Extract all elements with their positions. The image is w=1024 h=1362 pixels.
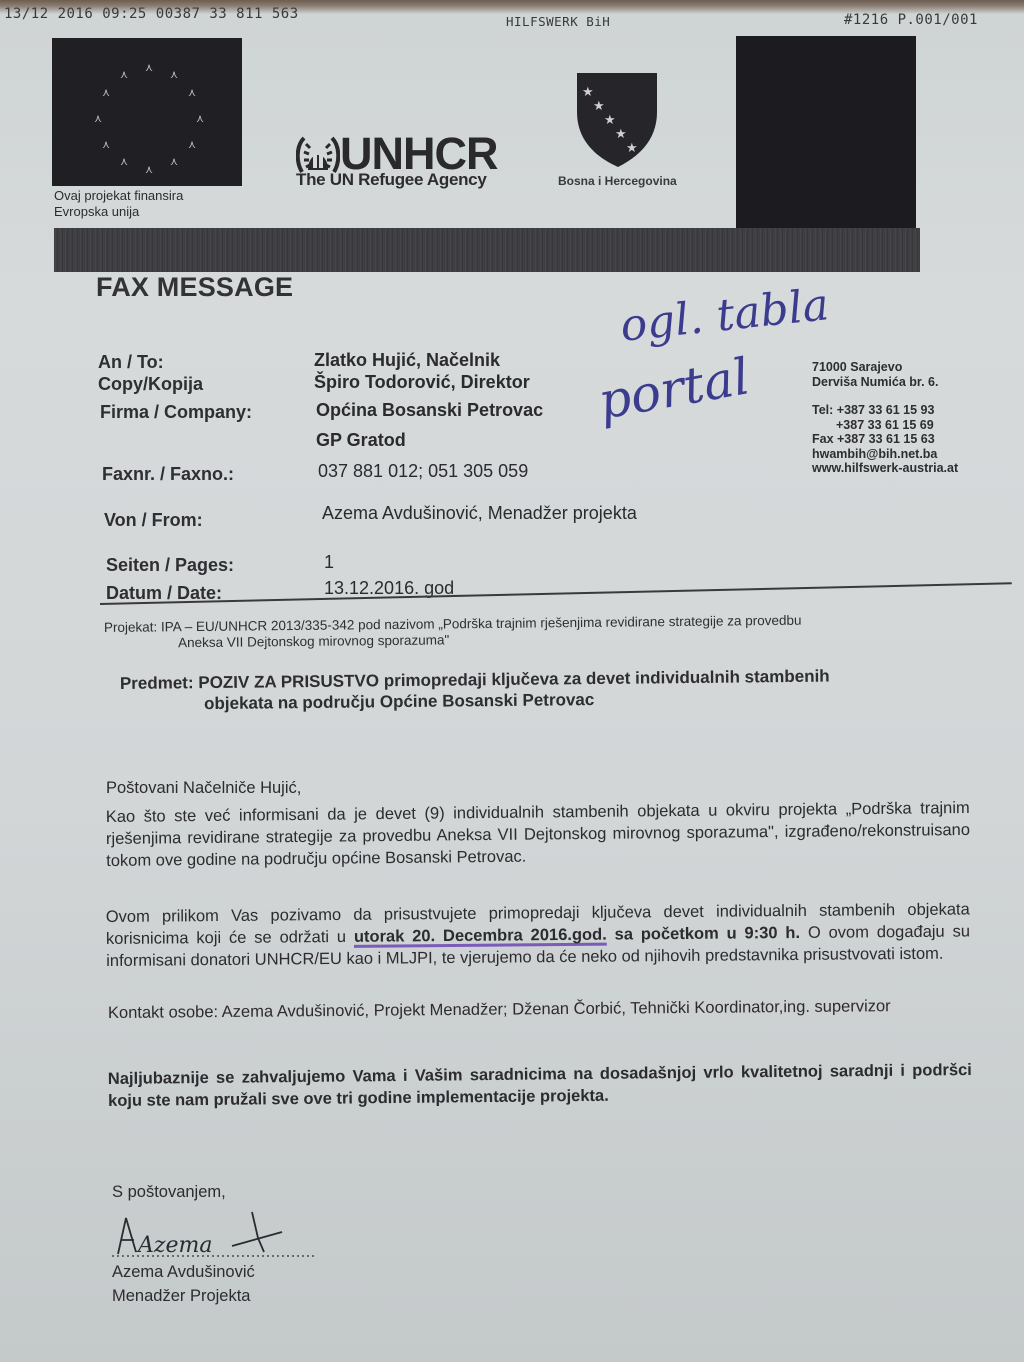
handwritten-note-line1: ogl. tabla [618, 279, 831, 352]
eu-flag-icon: ⋏ ⋏ ⋏ ⋏ ⋏ ⋏ ⋏ ⋏ ⋏ ⋏ ⋏ ⋏ [52, 38, 242, 186]
paragraph-3-contacts: Kontakt osobe: Azema Avdušinović, Projek… [108, 994, 972, 1024]
handwritten-note-line2: portal [594, 347, 754, 430]
svg-text:⋏: ⋏ [102, 138, 110, 151]
faxno-value: 037 881 012; 051 305 059 [318, 461, 528, 482]
fax-timestamp: 13/12 2016 09:25 00387 33 811 563 [4, 6, 299, 22]
paragraph-1: Kao što ste već informisani da je devet … [106, 797, 971, 872]
salutation: Poštovani Načelniče Hujić, [106, 777, 301, 799]
address-email: hwambih@bih.net.ba [812, 447, 958, 462]
address-tel2: +387 33 61 15 69 [812, 418, 958, 433]
company-label: Firma / Company: [100, 402, 252, 423]
separator-rule [100, 582, 1012, 605]
bih-coat-of-arms-icon: ★ ★ ★ ★ ★ [576, 72, 658, 168]
svg-text:★: ★ [626, 141, 638, 156]
svg-text:⋏: ⋏ [170, 68, 178, 81]
pages-value: 1 [324, 552, 334, 573]
address-city: 71000 Sarajevo [812, 360, 958, 375]
copy-label: Copy/Kopija [98, 374, 203, 395]
eu-caption: Ovaj projekat finansira Evropska unija [54, 188, 183, 220]
to-value: Zlatko Hujić, Načelnik [314, 350, 500, 371]
project-label: Projekat: [104, 619, 157, 635]
svg-text:⋏: ⋏ [196, 112, 204, 125]
event-time: sa početkom u 9:30 h. [607, 924, 800, 944]
address-web: www.hilfswerk-austria.at [812, 461, 958, 476]
address-fax: Fax +387 33 61 15 63 [812, 432, 958, 447]
address-tel1: Tel: +387 33 61 15 93 [812, 403, 958, 418]
subject-label: Predmet: [120, 673, 194, 693]
pages-label: Seiten / Pages: [106, 555, 234, 576]
signature-icon: Azema [112, 1208, 322, 1258]
subject-caps: POZIV ZA PRISUSTVO [198, 671, 379, 692]
from-label: Von / From: [104, 510, 203, 531]
svg-text:⋏: ⋏ [145, 61, 153, 74]
svg-text:⋏: ⋏ [145, 163, 153, 176]
closing-greeting: S poštovanjem, [112, 1182, 226, 1202]
faxno-label: Faxnr. / Faxno.: [102, 464, 234, 485]
svg-text:⋏: ⋏ [170, 155, 178, 168]
svg-text:⋏: ⋏ [102, 86, 110, 99]
from-value: Azema Avdušinović, Menadžer projekta [322, 503, 637, 524]
svg-text:★: ★ [604, 113, 616, 128]
project-info: Projekat: IPA – EU/UNHCR 2013/335-342 po… [104, 613, 802, 652]
svg-text:⋏: ⋏ [94, 112, 102, 125]
company-value-1: Općina Bosanski Petrovac [316, 400, 543, 421]
subject-line1: primopredaji ključeva za devet individua… [384, 667, 830, 691]
signatory-title: Menadžer Projekta [112, 1286, 251, 1306]
company-value-2: GP Gratod [316, 430, 406, 451]
to-label: An / To: [98, 352, 164, 373]
logo-block-dark [736, 36, 916, 234]
paragraph-4-thanks: Najljubaznije se zahvaljujemo Vama i Vaš… [108, 1059, 972, 1112]
fax-sender-id: HILFSWERK BiH [506, 14, 610, 29]
svg-text:⋏: ⋏ [188, 138, 196, 151]
svg-text:⋏: ⋏ [188, 86, 196, 99]
svg-text:★: ★ [615, 127, 627, 142]
subject: Predmet: POZIV ZA PRISUSTVO primopredaji… [120, 664, 980, 715]
header-band [54, 228, 920, 272]
svg-text:⋏: ⋏ [120, 155, 128, 168]
paragraph-2: Ovom prilikom Vas pozivamo da prisustvuj… [106, 898, 971, 972]
fax-title: FAX MESSAGE [96, 272, 293, 303]
event-date-highlight: utorak 20. Decembra 2016.god. [354, 926, 607, 946]
copy-value: Špiro Todorović, Direktor [314, 372, 530, 393]
bih-caption: Bosna i Hercegovina [558, 174, 677, 188]
signatory-name: Azema Avdušinović [112, 1262, 255, 1282]
svg-text:⋏: ⋏ [120, 68, 128, 81]
svg-text:Azema: Azema [136, 1233, 212, 1258]
address-street: Derviša Numića br. 6. [812, 375, 958, 390]
sender-address: 71000 Sarajevo Derviša Numića br. 6. Tel… [812, 360, 958, 476]
svg-text:★: ★ [582, 85, 594, 100]
svg-text:★: ★ [593, 99, 605, 114]
fax-page-info: #1216 P.001/001 [844, 12, 978, 28]
unhcr-subtitle: The UN Refugee Agency [296, 170, 487, 190]
